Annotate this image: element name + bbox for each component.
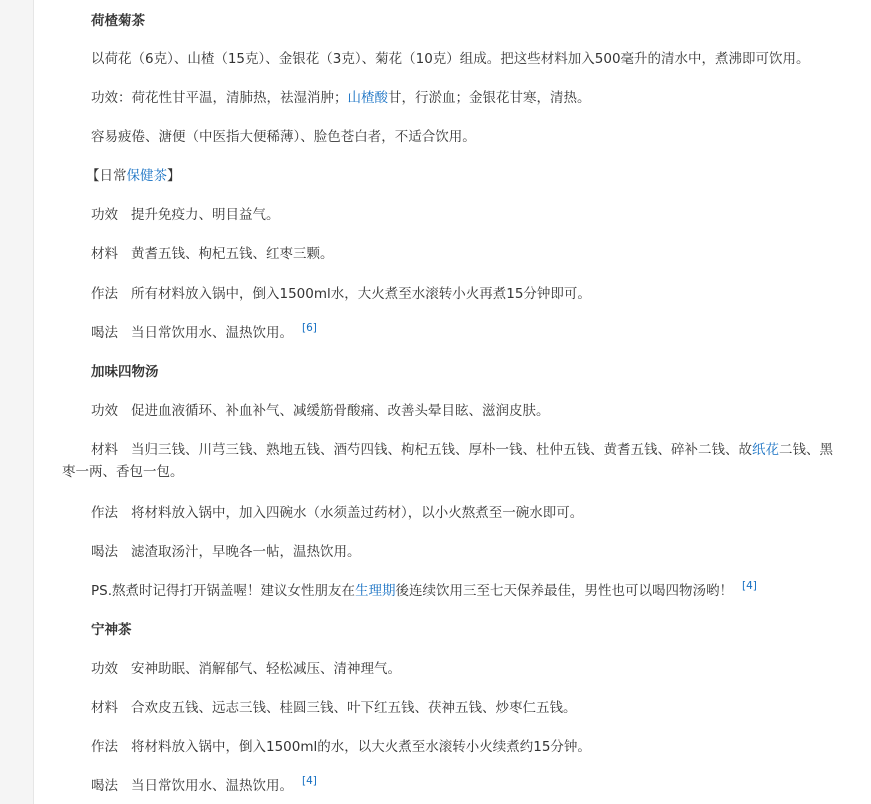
link-shengliqi[interactable]: 生理期 xyxy=(355,583,396,599)
ps-text-suffix: 後连续饮用三至七天保养最佳，男性也可以喝四物汤哟！ xyxy=(396,583,734,599)
material-label: 材料 xyxy=(91,243,118,265)
title-text: 宁神茶 xyxy=(91,622,132,638)
drink-text: 当日常饮用水、温热饮用。 xyxy=(131,325,293,341)
daily-effect: 功效提升免疫力、明目益气。 xyxy=(62,204,852,226)
ningshen-method: 作法将材料放入锅中，倒入1500ml的水，以大火煮至水滚转小火续煮约15分钟。 xyxy=(62,736,852,758)
composition-text: 以荷花（6克）、山楂（15克）、金银花（3克）、菊花（10克）组成。把这些材料加… xyxy=(91,51,810,67)
method-label: 作法 xyxy=(91,736,118,758)
material-label: 材料 xyxy=(91,439,118,461)
drink-text: 当日常饮用水、温热饮用。 xyxy=(131,778,293,794)
title-text: 加味四物汤 xyxy=(91,364,159,380)
material-text: 当归三钱、川芎三钱、熟地五钱、酒芍四钱、枸杞五钱、厚朴一钱、杜仲五钱、黄耆五钱、… xyxy=(131,442,752,458)
link-baojiancha[interactable]: 保健茶 xyxy=(127,168,168,184)
method-label: 作法 xyxy=(91,502,118,524)
link-shanzhasuan[interactable]: 山楂酸 xyxy=(348,90,389,106)
ningshen-material: 材料合欢皮五钱、远志三钱、桂圆三钱、叶下红五钱、茯神五钱、炒枣仁五钱。 xyxy=(62,697,852,719)
bracket-open: 【日常 xyxy=(86,168,127,184)
ningshen-effect: 功效安神助眠、消解郁气、轻松减压、清神理气。 xyxy=(62,658,852,680)
effect-label: 功效 xyxy=(91,400,118,422)
siwu-effect: 功效促进血液循环、补血补气、减缓筋骨酸痛、改善头晕目眩、滋润皮肤。 xyxy=(62,400,852,422)
method-text: 所有材料放入锅中，倒入1500ml水，大火煮至水滚转小火再煮15分钟即可。 xyxy=(131,286,591,302)
daily-drink: 喝法当日常饮用水、温热饮用。[6] xyxy=(62,322,852,344)
effect-text: 提升免疫力、明目益气。 xyxy=(131,207,280,223)
reference-link-6[interactable]: [6] xyxy=(302,322,317,334)
effect-label: 功效 xyxy=(91,658,118,680)
ps-text: PS.熬煮时记得打开锅盖喔！建议女性朋友在 xyxy=(91,583,355,599)
method-text: 将材料放入锅中，加入四碗水（水须盖过药材），以小火熬煮至一碗水即可。 xyxy=(131,505,583,521)
bracket-close: 】 xyxy=(167,168,181,184)
left-gutter xyxy=(0,0,34,804)
ningshen-drink: 喝法当日常饮用水、温热饮用。[4] xyxy=(62,775,852,797)
drink-text: 滤渣取汤汁，早晚各一帖，温热饮用。 xyxy=(131,544,361,560)
effect-label: 功效 xyxy=(91,204,118,226)
daily-method: 作法所有材料放入锅中，倒入1500ml水，大火煮至水滚转小火再煮15分钟即可。 xyxy=(62,283,852,305)
section-title-daily: 【日常保健茶】 xyxy=(62,165,852,187)
link-zhihua[interactable]: 纸花 xyxy=(752,442,779,458)
drink-label: 喝法 xyxy=(91,322,118,344)
heqiao-effect: 功效：荷花性甘平温，清肺热，祛湿消肿；山楂酸甘，行淤血；金银花甘寒，清热。 xyxy=(62,87,852,109)
reference-link-4[interactable]: [4] xyxy=(742,580,757,592)
material-text: 黄耆五钱、枸杞五钱、红枣三颗。 xyxy=(131,246,334,262)
heqiao-composition: 以荷花（6克）、山楂（15克）、金银花（3克）、菊花（10克）组成。把这些材料加… xyxy=(62,48,852,70)
drink-label: 喝法 xyxy=(91,775,118,797)
section-title-heqiao: 荷楂菊茶 xyxy=(62,10,852,32)
siwu-method: 作法将材料放入锅中，加入四碗水（水须盖过药材），以小火熬煮至一碗水即可。 xyxy=(62,502,852,524)
reference-link-4b[interactable]: [4] xyxy=(302,775,317,787)
effect-text: 促进血液循环、补血补气、减缓筋骨酸痛、改善头晕目眩、滋润皮肤。 xyxy=(131,403,550,419)
title-text: 荷楂菊茶 xyxy=(91,13,145,29)
heqiao-caution: 容易疲倦、溏便（中医指大便稀薄）、脸色苍白者，不适合饮用。 xyxy=(62,126,852,148)
daily-material: 材料黄耆五钱、枸杞五钱、红枣三颗。 xyxy=(62,243,852,265)
effect-text-suffix: 甘，行淤血；金银花甘寒，清热。 xyxy=(388,90,591,106)
caution-text: 容易疲倦、溏便（中医指大便稀薄）、脸色苍白者，不适合饮用。 xyxy=(91,129,476,145)
material-text: 合欢皮五钱、远志三钱、桂圆三钱、叶下红五钱、茯神五钱、炒枣仁五钱。 xyxy=(131,700,577,716)
effect-text: 安神助眠、消解郁气、轻松减压、清神理气。 xyxy=(131,661,401,677)
siwu-drink: 喝法滤渣取汤汁，早晚各一帖，温热饮用。 xyxy=(62,541,852,563)
siwu-material: 材料当归三钱、川芎三钱、熟地五钱、酒芍四钱、枸杞五钱、厚朴一钱、杜仲五钱、黄耆五… xyxy=(62,439,844,483)
effect-text: 功效：荷花性甘平温，清肺热，祛湿消肿； xyxy=(91,90,348,106)
section-title-siwu: 加味四物汤 xyxy=(62,361,852,383)
siwu-ps: PS.熬煮时记得打开锅盖喔！建议女性朋友在生理期後连续饮用三至七天保养最佳，男性… xyxy=(62,580,852,602)
method-text: 将材料放入锅中，倒入1500ml的水，以大火煮至水滚转小火续煮约15分钟。 xyxy=(131,739,591,755)
section-title-ningshen: 宁神茶 xyxy=(62,619,852,641)
material-label: 材料 xyxy=(91,697,118,719)
drink-label: 喝法 xyxy=(91,541,118,563)
method-label: 作法 xyxy=(91,283,118,305)
